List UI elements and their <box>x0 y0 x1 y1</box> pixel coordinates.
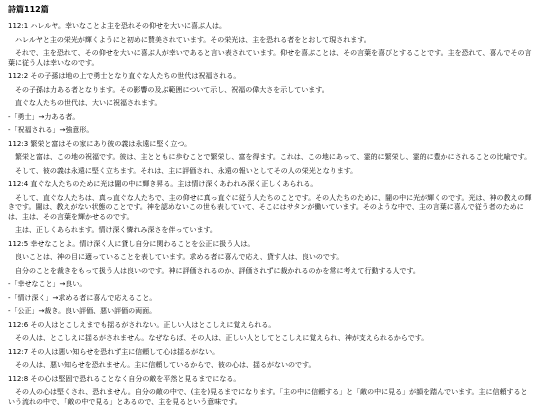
commentary-paragraph: その子孫は力ある者となります。その影響の及ぶ範囲について示し、祝福の偉大さを示し… <box>8 86 532 96</box>
commentary-paragraph: 自分のことを裁きをもって扱う人は良いのです。神に評価されるのか、評価されずに裁か… <box>8 267 532 277</box>
page-title: 詩篇112篇 <box>8 5 532 15</box>
commentary-paragraph: そして、直ぐな人たちは、真っ直ぐな人たちで、主の仰せに真っ直ぐに従う人たちのこと… <box>8 194 532 223</box>
commentary-paragraph: 良いことは、神の目に適っていることを表しています。求める者に喜んで応え、貸す人は… <box>8 253 532 263</box>
document-page: 詩篇112篇 112:1 ハレルヤ。幸いなことよ主を恐れその仰せを大いに喜ぶ人は… <box>0 0 540 405</box>
commentary-paragraph: その人は、とこしえに揺るがされません。なぜならば、その人は、正しい人としてとこし… <box>8 334 532 344</box>
commentary-paragraph: ハレルヤと主の栄光が輝くようにと初めに賛美されています。その栄光は、主を恐れる者… <box>8 36 532 46</box>
commentary-paragraph: その人の心は堅くされ、恐れません。自分の敵の中で、(主を)見るまでになります。「… <box>8 388 532 405</box>
verse-paragraph: 112:1 ハレルヤ。幸いなことよ主を恐れその仰せを大いに喜ぶ人は。 <box>8 22 532 32</box>
note-line: -「祝福される」→強意形。 <box>8 126 532 136</box>
verse-paragraph: 112:6 その人はとこしえまでも揺るがされない。正しい人はとこしえに覚えられる… <box>8 321 532 331</box>
verse-paragraph: 112:7 その人は悪い知らせを恐れず主に信頼して心は揺るがない。 <box>8 348 532 358</box>
verse-paragraph: 112:5 幸せなことよ。情け深く人に貸し自分に関わることを公正に扱う人は。 <box>8 240 532 250</box>
verse-paragraph: 112:3 繁栄と富はその家にあり彼の義は永遠に堅く立つ。 <box>8 140 532 150</box>
verse-paragraph: 112:2 その子孫は地の上で勇士となり直ぐな人たちの世代は祝福される。 <box>8 72 532 82</box>
commentary-paragraph: その人は、悪い知らせを恐れません。主に信頼しているからで、彼の心は、揺るがないの… <box>8 361 532 371</box>
commentary-paragraph: 繁栄と富は、この地の祝福です。彼は、主とともに歩むことで繁栄し、富を得ます。これ… <box>8 153 532 163</box>
note-line: -「幸せなこと」→良い。 <box>8 280 532 290</box>
verse-paragraph: 112:8 その心は堅固で恐れることなく自分の敵を平然と見るまでになる。 <box>8 375 532 385</box>
commentary-paragraph: そして、彼の義は永遠に堅く立ちます。それは、主に評価され、永遠の報いとしてその人… <box>8 167 532 177</box>
note-line: -「情け深く」→求める者に喜んで応えること。 <box>8 294 532 304</box>
commentary-paragraph: 直ぐな人たちの世代は、大いに祝福されます。 <box>8 99 532 109</box>
commentary-paragraph: 主は、正しくあられます。情け深く憐れみ深さを伴っています。 <box>8 226 532 236</box>
note-line: -「勇士」→力ある者。 <box>8 113 532 123</box>
verse-paragraph: 112:4 直ぐな人たちのために光は闇の中に輝き昇る。主は情け深くあわれみ深く正… <box>8 180 532 190</box>
note-line: -「公正」→裁き。良い評価、悪い評価の両面。 <box>8 307 532 317</box>
commentary-paragraph: それで、主を恐れて、その仰せを大いに喜ぶ人が幸いであると言い表されています。仰せ… <box>8 49 532 68</box>
